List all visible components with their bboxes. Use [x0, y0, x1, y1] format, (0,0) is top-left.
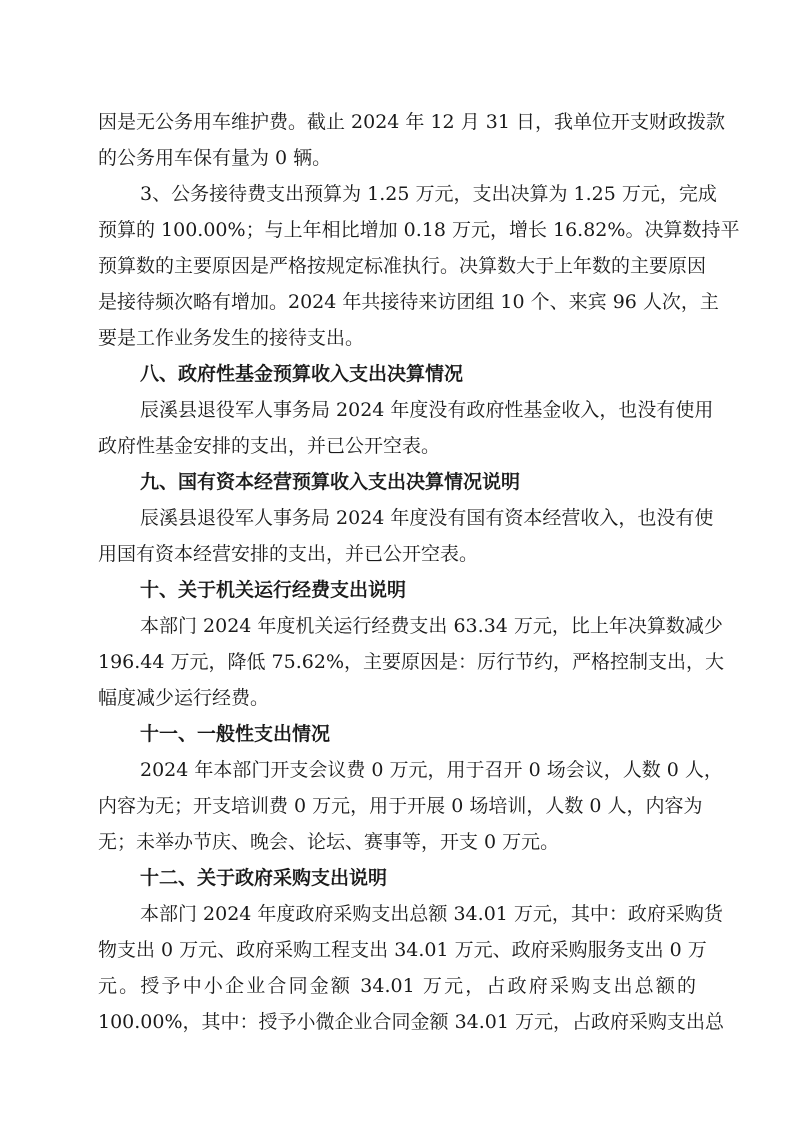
paragraph-line: 因是无公务用车维护费。截止 2024 年 12 月 31 日，我单位开支财政拨款: [98, 104, 696, 140]
paragraph-line: 的公务用车保有量为 0 辆。: [98, 140, 696, 176]
section-heading-10: 十、关于机关运行经费支出说明: [98, 572, 696, 608]
paragraph-line: 预算的 100.00%；与上年相比增加 0.18 万元，增长 16.82%。决算…: [98, 212, 696, 248]
paragraph-line: 物支出 0 万元、政府采购工程支出 34.01 万元、政府采购服务支出 0 万: [98, 932, 696, 968]
paragraph-line: 196.44 万元，降低 75.62%，主要原因是：厉行节约，严格控制支出，大: [98, 644, 696, 680]
paragraph-line: 辰溪县退役军人事务局 2024 年度没有政府性基金收入，也没有使用: [98, 392, 696, 428]
paragraph-line: 用国有资本经营安排的支出，并已公开空表。: [98, 536, 696, 572]
paragraph-line: 2024 年本部门开支会议费 0 万元，用于召开 0 场会议，人数 0 人，: [98, 752, 696, 788]
paragraph-line: 预算数的主要原因是严格按规定标准执行。决算数大于上年数的主要原因: [98, 248, 696, 284]
section-heading-12: 十二、关于政府采购支出说明: [98, 860, 696, 896]
paragraph-line: 要是工作业务发生的接待支出。: [98, 320, 696, 356]
document-page: 因是无公务用车维护费。截止 2024 年 12 月 31 日，我单位开支财政拨款…: [98, 104, 696, 1040]
paragraph-line: 辰溪县退役军人事务局 2024 年度没有国有资本经营收入，也没有使: [98, 500, 696, 536]
section-heading-8: 八、政府性基金预算收入支出决算情况: [98, 356, 696, 392]
paragraph-line: 政府性基金安排的支出，并已公开空表。: [98, 428, 696, 464]
paragraph-line: 3、公务接待费支出预算为 1.25 万元，支出决算为 1.25 万元，完成: [98, 176, 696, 212]
paragraph-line: 元。授予中小企业合同金额 34.01 万元，占政府采购支出总额的: [98, 968, 696, 1004]
section-heading-11: 十一、一般性支出情况: [98, 716, 696, 752]
paragraph-line: 本部门 2024 年度政府采购支出总额 34.01 万元，其中：政府采购货: [98, 896, 696, 932]
section-heading-9: 九、国有资本经营预算收入支出决算情况说明: [98, 464, 696, 500]
paragraph-line: 无；未举办节庆、晚会、论坛、赛事等，开支 0 万元。: [98, 824, 696, 860]
paragraph-line: 100.00%，其中：授予小微企业合同金额 34.01 万元，占政府采购支出总: [98, 1004, 696, 1040]
paragraph-line: 内容为无；开支培训费 0 万元，用于开展 0 场培训，人数 0 人，内容为: [98, 788, 696, 824]
paragraph-line: 本部门 2024 年度机关运行经费支出 63.34 万元，比上年决算数减少: [98, 608, 696, 644]
paragraph-line: 是接待频次略有增加。2024 年共接待来访团组 10 个、来宾 96 人次，主: [98, 284, 696, 320]
paragraph-line: 幅度减少运行经费。: [98, 680, 696, 716]
